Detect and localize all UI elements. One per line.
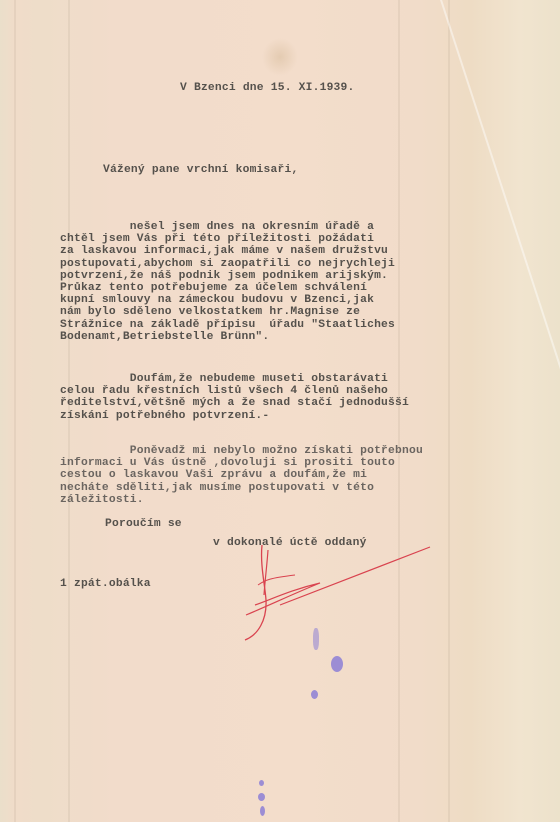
body-line: nešel jsem dnes na okresním úřadě a	[60, 221, 374, 233]
body-line: chtěl jsem Vás při této příležitosti pož…	[60, 233, 374, 245]
body-line: postupovati,abychom si zaopatřili co nej…	[60, 258, 395, 270]
body-line: kupní smlouvy na zámeckou budovu v Bzenc…	[60, 294, 374, 306]
place-date: V Bzenci dne 15. XI.1939.	[180, 82, 354, 94]
paper-crease	[440, 0, 560, 571]
body-line: cestou o laskavou Vaši zprávu a doufám,ž…	[60, 469, 367, 481]
body-line: za laskavou informaci,jak máme v našem d…	[60, 245, 388, 257]
body-line: Poněvadž mi nebylo možno získati potřebn…	[60, 445, 423, 457]
paper-fold	[448, 0, 450, 822]
paper-fold	[398, 0, 400, 822]
body-line: Strážnice na základě přípisu úřadu "Staa…	[60, 319, 395, 331]
body-line: Průkaz tento potřebujeme za účelem schvá…	[60, 282, 367, 294]
body-line: informaci u Vás ústně ,dovoluji si prosi…	[60, 457, 395, 469]
body-line: ředitelství,většně mých a že snad stačí …	[60, 397, 409, 409]
handwritten-signature	[240, 545, 440, 645]
body-line: potvrzení,že náš podnik jsem podnikem ar…	[60, 270, 388, 282]
faded-stamp-mark	[262, 38, 298, 76]
salutation: Vážený pane vrchní komisaři,	[103, 164, 298, 176]
closing: Poroučím se	[105, 518, 182, 530]
body-line: necháte sděliti,jak musíme postupovati v…	[60, 482, 374, 494]
paper-fold	[14, 0, 16, 822]
enclosure-note: 1 zpát.obálka	[60, 578, 151, 590]
body-line: nám bylo sděleno velkostatkem hr.Magnise…	[60, 306, 360, 318]
body-line: celou řadu křestních listů všech 4 členů…	[60, 385, 388, 397]
body-line: Bodenamt,Betriebstelle Brünn".	[60, 331, 269, 343]
body-line: Doufám,že nebudeme museti obstarávati	[60, 373, 388, 385]
body-line: záležitosti.	[60, 494, 144, 506]
body-line: získání potřebného potvrzení.-	[60, 410, 269, 422]
